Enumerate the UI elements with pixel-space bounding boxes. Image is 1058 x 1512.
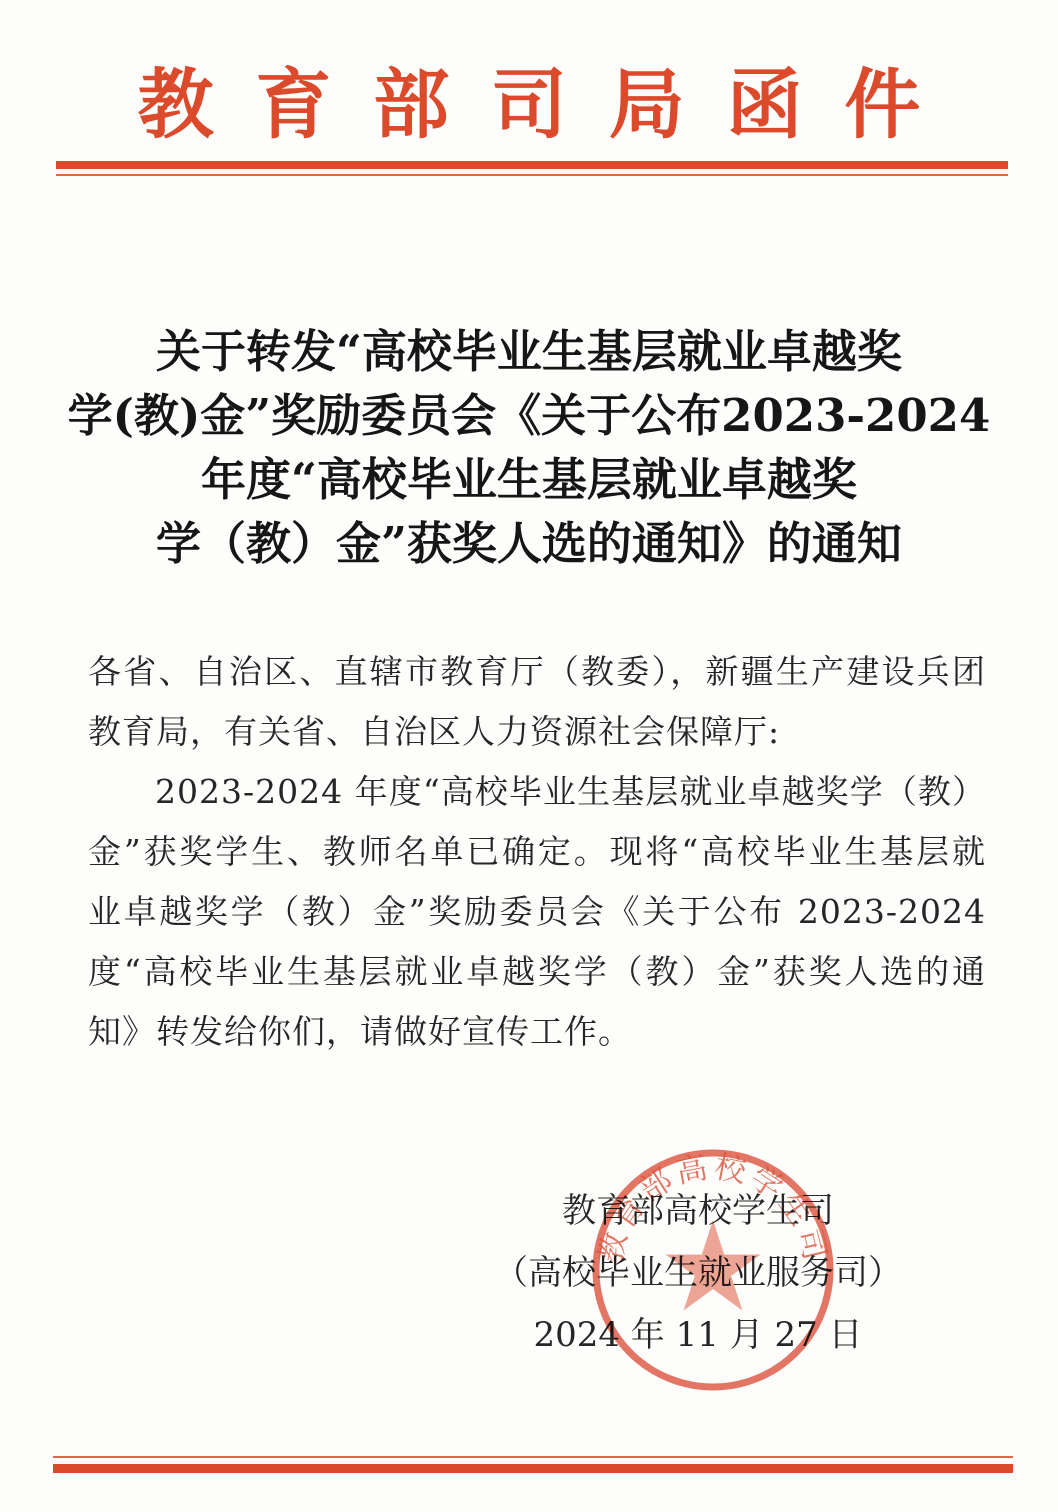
body-line: 教育局，有关省、自治区人力资源社会保障厅: (88, 702, 986, 762)
document-title-line: 年度“高校毕业生基层就业卓越奖 (30, 448, 1028, 512)
document-title-line: 关于转发“高校毕业生基层就业卓越奖 (30, 320, 1028, 384)
signature-block: 教育部高校学生司 （高校毕业生就业服务司） 2024 年 11 月 27 日 (448, 1180, 948, 1366)
body-line: 2023-2024 年度“高校毕业生基层就业卓越奖学（教） (88, 762, 986, 822)
body-line: 度“高校毕业生基层就业卓越奖学（教）金”获奖人选的通 (88, 942, 986, 1002)
document-title: 关于转发“高校毕业生基层就业卓越奖 学(教)金”奖励委员会《关于公布2023-2… (30, 320, 1028, 576)
body-line: 各省、自治区、直辖市教育厅（教委），新疆生产建设兵团 (88, 642, 986, 702)
official-letter-page: 教育部司局函件 关于转发“高校毕业生基层就业卓越奖 学(教)金”奖励委员会《关于… (0, 0, 1058, 1512)
body-line: 知》转发给你们，请做好宣传工作。 (88, 1002, 986, 1062)
footer-rule-thin (53, 1456, 1013, 1458)
body-line: 金”获奖学生、教师名单已确定。现将“高校毕业生基层就 (88, 822, 986, 882)
document-title-line: 学（教）金”获奖人选的通知》的通知 (30, 512, 1028, 576)
letterhead-title: 教育部司局函件 (0, 44, 1058, 153)
body-line: 业卓越奖学（教）金”奖励委员会《关于公布 2023-2024 年 (88, 882, 986, 942)
signature-department-alt: （高校毕业生就业服务司） (448, 1242, 948, 1304)
header-rule-thin (56, 174, 1008, 176)
letter-body: 各省、自治区、直辖市教育厅（教委），新疆生产建设兵团 教育局，有关省、自治区人力… (88, 642, 986, 1062)
document-title-line: 学(教)金”奖励委员会《关于公布2023-2024 (30, 384, 1028, 448)
header-rule-thick (56, 161, 1008, 169)
signature-department: 教育部高校学生司 (448, 1180, 948, 1242)
signature-date: 2024 年 11 月 27 日 (448, 1304, 948, 1366)
footer-rule-thick (53, 1464, 1013, 1473)
